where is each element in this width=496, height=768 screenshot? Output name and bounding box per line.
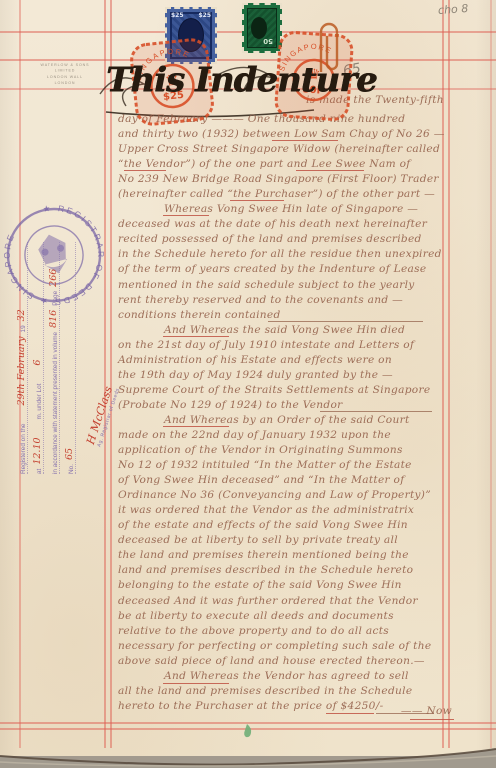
ink-underline (272, 140, 338, 141)
stamp-portrait (251, 17, 267, 39)
ink-underline (163, 426, 229, 427)
memo-handwritten: 816 (48, 310, 59, 328)
stamp-value: 50 (263, 37, 273, 45)
memo-printed: m. under Lot (36, 384, 43, 420)
memo-printed: 19 (20, 325, 27, 332)
ink-underline (410, 719, 454, 720)
memo-handwritten: 65 (64, 448, 75, 460)
memo-handwritten: 29th February (16, 336, 27, 405)
printer-imprint-line: WATERLOW & SONS LIMITED (30, 63, 100, 74)
handwritten-line: application of the Vendor in Originating… (118, 443, 440, 458)
ink-underline (163, 215, 209, 216)
handwritten-line: on the 21st day of July 1910 intestate a… (118, 338, 440, 353)
handwritten-line: be at liberty to execute all deeds and d… (118, 609, 440, 624)
handwritten-line: it was ordered that the Vendor as the ad… (118, 503, 440, 518)
handwritten-line: of Vong Swee Hin deceased” and “In the M… (118, 473, 440, 488)
ink-underline (376, 713, 434, 714)
handwritten-line: Administration of his Estate and effects… (118, 353, 440, 368)
handwritten-line: the land and premises therein mentioned … (118, 548, 440, 563)
handwritten-line: above said piece of land and house erect… (118, 654, 440, 669)
handwritten-line: land and premises described in the Sched… (118, 563, 440, 578)
ink-underline (326, 713, 374, 714)
stamp-frame: 50 (247, 8, 277, 48)
handwritten-line: And Whereas the Vendor has agreed to sel… (118, 669, 440, 684)
handwritten-line: relative to the above property and to do… (118, 624, 440, 639)
memo-row: in accordance with statement presented i… (44, 242, 60, 474)
handwritten-line: deceased be at liberty to sell by privat… (118, 533, 440, 548)
memo-row: at 12.10 m. under Lot 6 (28, 242, 44, 474)
registration-memo: Registered on the 29th February 19 32 at… (12, 242, 92, 474)
memo-printed: Page (52, 291, 59, 306)
handwritten-line: in the Schedule hereto for all the resid… (118, 247, 440, 262)
memo-handwritten: 266 (48, 269, 59, 287)
margin-line (442, 0, 444, 748)
printer-imprint-line: LONDON WALL (30, 74, 100, 79)
margin-line (448, 0, 450, 748)
handwritten-line: necessary for perfecting or completing s… (118, 639, 440, 654)
handwritten-line: recited possessed of the land and premis… (118, 232, 440, 247)
ink-underline (230, 200, 284, 201)
handwritten-line: Ordinance No 36 (Conveyancing and Law of… (118, 488, 440, 503)
handwritten-line: belonging to the estate of the said Vong… (118, 578, 440, 593)
document-title: This Indenture (106, 60, 377, 100)
margin-line (490, 0, 492, 748)
memo-handwritten: 6 (32, 360, 43, 366)
handwritten-line: mentioned in the said schedule subject t… (118, 278, 440, 293)
memo-handwritten: 32 (16, 309, 27, 321)
handwritten-line: made on the 22nd day of January 1932 upo… (118, 428, 440, 443)
memo-printed: Registered on the (20, 424, 27, 474)
stamp-value: $25 (198, 12, 211, 19)
document-photo: cho 8 65 WATERLOW & SONS LIMITED LONDON … (0, 0, 496, 768)
ink-underline (268, 321, 423, 322)
memo-row: Registered on the 29th February 19 32 (12, 242, 28, 474)
pencil-note-top-right: cho 8 (438, 2, 469, 17)
handwritten-line: “the Vendor”) of the one part and Lee Sw… (118, 157, 440, 172)
catchword: —— Now (352, 705, 452, 717)
ink-underline (163, 683, 229, 684)
printer-imprint-line: LONDON (30, 80, 100, 85)
handwritten-line: No 239 New Bridge Road Singapore (First … (118, 172, 440, 187)
ink-underline (124, 170, 166, 171)
handwritten-line: Upper Cross Street Singapore Widow (here… (118, 142, 440, 157)
ink-underline (320, 411, 432, 412)
printer-imprint: WATERLOW & SONS LIMITED LONDON WALL LOND… (26, 62, 104, 86)
handwritten-line: Supreme Court of the Straits Settlements… (118, 383, 440, 398)
memo-printed: in accordance with statement presented i… (52, 332, 59, 474)
handwritten-line: deceased And it was further ordered that… (118, 594, 440, 609)
memo-printed: at (36, 469, 43, 474)
handwritten-line: of the estate and effects of the said Vo… (118, 518, 440, 533)
stamp-value: $25 (171, 12, 184, 19)
deed-body-text: day of February ——— One thousand nine hu… (118, 112, 440, 714)
handwritten-line: of the term of years created by the Inde… (118, 262, 440, 277)
handwritten-line: deceased was at the date of his death ne… (118, 217, 440, 232)
memo-handwritten: 12.10 (32, 437, 43, 464)
handwritten-line: No 12 of 1932 intituled “In the Matter o… (118, 458, 440, 473)
ink-underline (296, 170, 364, 171)
handwritten-line: the 19th day of May 1924 duly granted by… (118, 368, 440, 383)
paper-bottom-edge (0, 726, 496, 768)
handwritten-line: rent thereby reserved and to the covenan… (118, 293, 440, 308)
handwritten-line: all the land and premises described in t… (118, 684, 440, 699)
memo-row: No. 65 (60, 242, 76, 474)
ink-underline (163, 336, 229, 337)
memo-printed: No. (68, 464, 75, 474)
